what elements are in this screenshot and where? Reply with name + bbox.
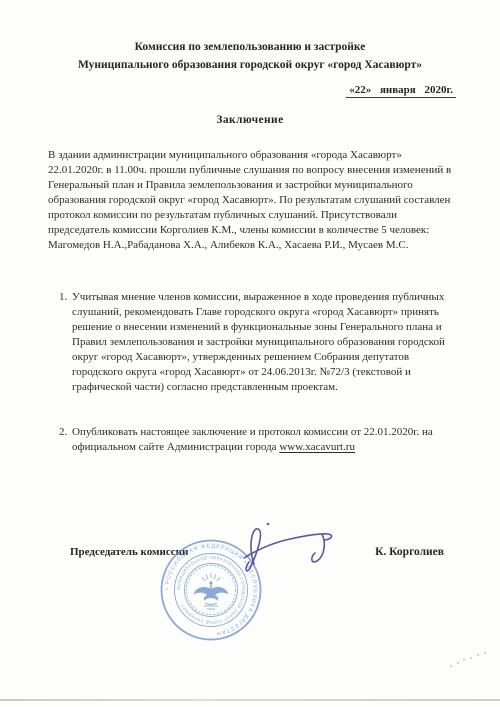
intro-paragraph: В здании администрации муниципального об… — [48, 148, 460, 253]
list-item-1: 1. Учитывая мнение членов комиссии, выра… — [59, 290, 457, 395]
list-item-number: 1. — [59, 290, 72, 395]
list-item-number: 2. — [59, 425, 72, 455]
signature-name-label: К. Корголиев — [375, 546, 444, 558]
org-header-line2: Муниципального образования городской окр… — [0, 56, 500, 74]
document-page: Комиссия по землепользованию и застройке… — [0, 0, 500, 707]
handwritten-signature-icon — [224, 512, 346, 578]
list-item-text: Учитывая мнение членов комиссии, выражен… — [72, 290, 457, 395]
date-line: «22» января 2020г. — [346, 84, 456, 98]
eagle-emblem-icon — [194, 573, 229, 609]
website-url-text: www.xacavurt.ru — [279, 441, 355, 453]
org-header-line1: Комиссия по землепользованию и застройке — [0, 38, 500, 56]
list-item-text: Опубликовать настоящее заключение и прот… — [72, 425, 457, 455]
scan-artifact-dots — [448, 650, 493, 670]
document-title: Заключение — [0, 114, 500, 126]
scan-edge-line — [0, 699, 500, 701]
org-header: Комиссия по землепользованию и застройке… — [0, 38, 500, 74]
list-item-2: 2. Опубликовать настоящее заключение и п… — [59, 425, 457, 455]
